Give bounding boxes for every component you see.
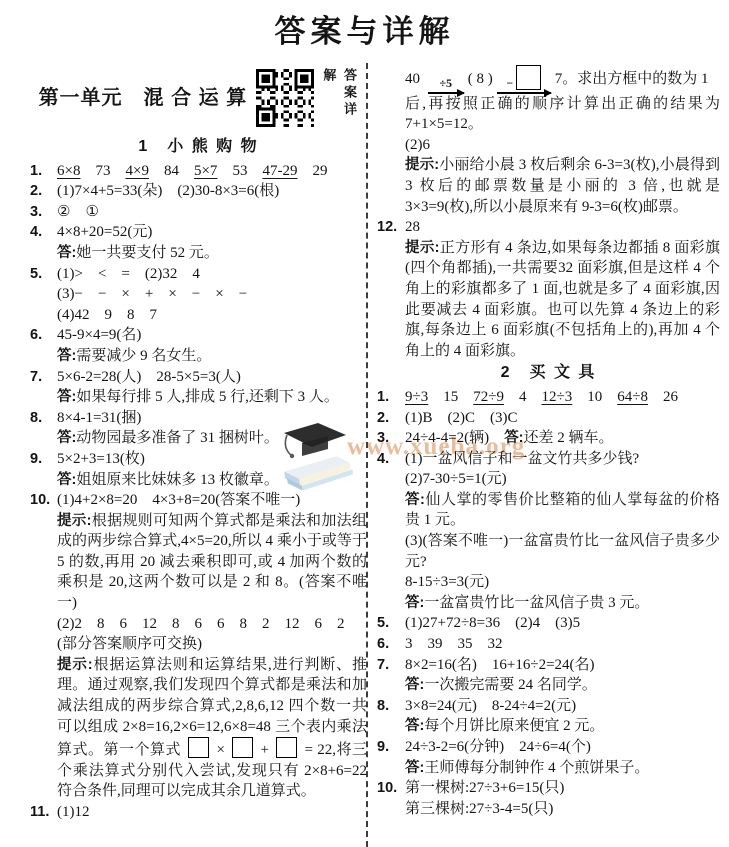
answer-line: 答:王师傅每分制钟作 4 个煎饼果子。: [405, 758, 720, 779]
qr-code-icon: [256, 69, 314, 127]
answer-line: 1.9÷3 15 72÷9 4 12÷3 10 64÷8 26: [377, 387, 720, 408]
answer-line: 5.(1)27+72÷8=36 (2)4 (3)5: [377, 613, 720, 634]
bold-label: 答:: [57, 348, 76, 364]
unit-header: 第一单元 混 合 运 算 答案详解: [30, 62, 367, 134]
answer-line: 11.(1)12: [30, 802, 367, 823]
answer-line: 3.② ①: [30, 202, 367, 223]
underlined-expression: 5×7: [194, 163, 217, 179]
qr-block: 答案详解: [256, 68, 367, 128]
item-number: 3.: [377, 428, 405, 449]
bold-label: 答:: [57, 472, 76, 488]
answer-line: 提示:正方形有 4 条边,如果每条边都插 8 面彩旗(四个角都插),一共需要32…: [405, 238, 720, 362]
blank-box: [232, 737, 253, 758]
answer-line: 提示:小丽给小晨 3 枚后剩余 6-3=3(枚),小晨得到 3 枚后的邮票数量是…: [405, 155, 720, 217]
answer-line: 8-15÷3=3(元): [405, 572, 720, 593]
answer-line: (2)7-30÷5=1(元): [405, 469, 720, 490]
answer-line: 6.3 39 35 32: [377, 634, 720, 655]
blank-box: [276, 737, 297, 758]
item-number: 8.: [30, 408, 57, 429]
item-number: 5.: [30, 264, 57, 285]
item-number: 9.: [30, 449, 57, 470]
answer-line: 答:她一共要支付 52 元。: [57, 243, 367, 264]
blank-box: [188, 737, 209, 758]
bold-label: 答:: [405, 760, 424, 776]
answer-line: 答:动物园最多准备了 31 捆树叶。: [57, 428, 367, 449]
bold-label: 提示:: [57, 657, 93, 673]
qr-caption: 答案详解: [318, 68, 359, 128]
answer-line: (3)− − × + × − × −: [57, 284, 367, 305]
item-number: 7.: [377, 655, 405, 676]
item-number: 2.: [377, 408, 405, 429]
answer-line: 后,再按照正确的顺序计算出正确的结果为 7+1×5=12。: [405, 94, 720, 135]
item-number: 10.: [30, 490, 57, 511]
bold-label: 答:: [57, 245, 76, 261]
answer-line: 10.(1)4+2×8=20 4×3+8=20(答案不唯一): [30, 490, 367, 511]
unit-title: 第一单元 混 合 运 算: [30, 88, 256, 109]
bold-label: 答:: [405, 718, 424, 734]
section-heading: 1 小 熊 购 物: [30, 135, 367, 161]
bold-label: 答:: [405, 677, 424, 693]
item-number: 12.: [377, 217, 405, 238]
underlined-expression: 12÷3: [542, 389, 573, 405]
answer-line: 第三棵树:27÷3-4=5(只): [405, 799, 720, 820]
answer-line: 7.8×2=16(名) 16+16÷2=24(名): [377, 655, 720, 676]
answer-line: 6.45-9×4=9(名): [30, 325, 367, 346]
underlined-expression: 6×8: [57, 163, 80, 179]
answer-line: (3)(答案不唯一)一盆富贵竹比一盆风信子贵多少元?: [405, 531, 720, 572]
item-number: 7.: [30, 367, 57, 388]
bold-label: 提示:: [405, 157, 439, 173]
bold-label: 提示:: [57, 513, 91, 529]
item-number: 5.: [377, 613, 405, 634]
answer-line: 答:姐姐原来比妹妹多 13 枚徽章。: [57, 470, 367, 491]
answer-line: 4.4×8+20=52(元): [30, 222, 367, 243]
item-number: 2.: [30, 181, 57, 202]
answer-line: 7.5×6-2=28(人) 28-5×5=3(人): [30, 367, 367, 388]
answer-line: 提示:根据规则可知两个算式都是乘法和加法组成的两步综合算式,4×5=20,所以 …: [57, 511, 367, 614]
underlined-expression: 72÷9: [473, 389, 504, 405]
item-number: 1.: [30, 161, 57, 182]
item-number: 9.: [377, 737, 405, 758]
answer-line: 答:一盆富贵竹比一盆风信子贵 3 元。: [405, 593, 720, 614]
answer-line: (部分答案顺序可交换): [57, 634, 367, 655]
answer-line: 答:仙人掌的零售价比整箱的仙人掌每盆的价格贵 1 元。: [405, 490, 720, 531]
answer-line: 答:一次搬完需要 24 名同学。: [405, 675, 720, 696]
answer-line: 40 ÷5( 8 )−7。求出方框中的数为 1: [405, 62, 720, 94]
answer-line: 1.6×8 73 4×9 84 5×7 53 47-29 29: [30, 161, 367, 182]
answer-line: 2.(1)B (2)C (3)C: [377, 408, 720, 429]
answer-line: 8.8×4-1=31(捆): [30, 408, 367, 429]
item-number: 10.: [377, 778, 405, 799]
underlined-expression: 4×9: [125, 163, 148, 179]
answer-line: (2)2 8 6 12 8 6 6 8 2 12 6 2: [57, 614, 367, 635]
item-number: 4.: [30, 222, 57, 243]
item-number: 1.: [377, 387, 405, 408]
blank-box: [516, 65, 541, 90]
bold-label: 答:: [405, 492, 425, 508]
answer-line: (4)42 9 8 7: [57, 305, 367, 326]
section-heading: 2 买 文 具: [377, 361, 720, 387]
answer-line: 9.5×2+3=13(枚): [30, 449, 367, 470]
underlined-expression: 47-29: [262, 163, 297, 179]
page-title: 答案与详解: [0, 6, 729, 51]
answer-line: 10.第一棵树:27÷3+6=15(只): [377, 778, 720, 799]
bold-label: 答:: [504, 430, 523, 446]
item-number: 3.: [30, 202, 57, 223]
left-column: 第一单元 混 合 运 算 答案详解 1 小 熊 购 物1.6×8 73 4×9 …: [30, 62, 367, 823]
right-column: 40 ÷5( 8 )−7。求出方框中的数为 1后,再按照正确的顺序计算出正确的结…: [377, 62, 720, 819]
item-number: 4.: [377, 449, 405, 470]
answer-line: 9.24÷3-2=6(分钟) 24÷6=4(个): [377, 737, 720, 758]
labeled-arrow: ÷5: [428, 77, 464, 94]
underlined-expression: 64÷8: [617, 389, 648, 405]
answer-line: 答:需要减少 9 名女生。: [57, 346, 367, 367]
answer-line: 3.24÷4-4=2(辆) 答:还差 2 辆车。: [377, 428, 720, 449]
answer-line: 2.(1)7×4+5=33(朵) (2)30-8×3=6(根): [30, 181, 367, 202]
answer-line: 答:每个月饼比原来便宜 2 元。: [405, 716, 720, 737]
bold-label: 答:: [405, 595, 424, 611]
answer-line: 4.(1)一盆风信子和一盆文竹共多少钱?: [377, 449, 720, 470]
answer-line: 5.(1)> < = (2)32 4: [30, 264, 367, 285]
item-number: 6.: [377, 634, 405, 655]
answer-line: 12.28: [377, 217, 720, 238]
item-number: 6.: [30, 325, 57, 346]
bold-label: 答:: [57, 389, 76, 405]
answer-line: 答:如果每行排 5 人,排成 5 行,还剩下 3 人。: [57, 387, 367, 408]
item-number: 8.: [377, 696, 405, 717]
answer-line: 提示:根据运算法则和运算结果,进行判断、推理。通过观察,我们发现四个算式都是乘法…: [57, 655, 367, 802]
underlined-expression: 9÷3: [405, 389, 428, 405]
item-number: 11.: [30, 802, 57, 823]
bold-label: 提示:: [405, 240, 439, 256]
arrow-with-box: −: [497, 65, 551, 94]
answer-line: 8.3×8=24(元) 8-24÷4=2(元): [377, 696, 720, 717]
answer-line: (2)6: [405, 135, 720, 156]
bold-label: 答:: [57, 430, 76, 446]
